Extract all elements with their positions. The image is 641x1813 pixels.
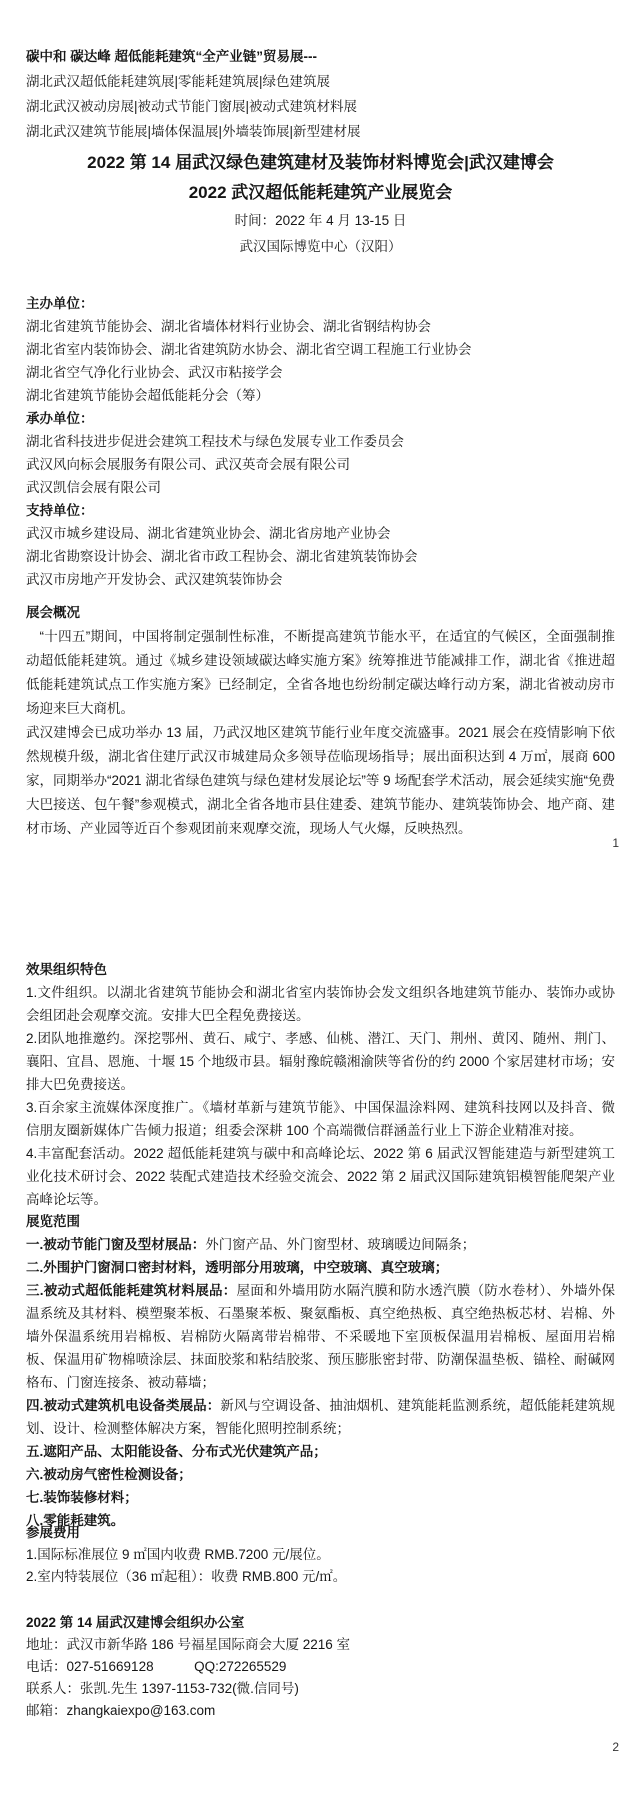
- scope-section: 展览范围 一.被动节能门窗及型材展品：外门窗产品、外门窗型材、玻璃暖边间隔条； …: [26, 1210, 615, 1532]
- main-title: 2022 第 14 届武汉绿色建筑建材及装饰材料博览会|武汉建博会: [26, 148, 615, 178]
- scope-item: 二.外围护门窗洞口密封材料，透明部分用玻璃，中空玻璃、真空玻璃；: [26, 1256, 615, 1279]
- host-line: 湖北省建筑节能协会、湖北省墙体材料行业协会、湖北省钢结构协会: [26, 315, 615, 338]
- header-line: 湖北武汉被动房展|被动式节能门窗展|被动式建筑材料展: [26, 94, 615, 119]
- scope-item-label: 七.装饰装修材料；: [26, 1490, 138, 1505]
- event-venue: 武汉国际博览中心（汉阳）: [26, 234, 615, 260]
- scope-item: 三.被动式超低能耗建筑材料展品：屋面和外墙用防水隔汽膜和防水透汽膜（防水卷材）、…: [26, 1279, 615, 1394]
- scope-item-label: 五.遮阳产品、太阳能设备、分布式光伏建筑产品；: [26, 1444, 327, 1459]
- tagline: 碳中和 碳达峰 超低能耗建筑“全产业链”贸易展---: [26, 44, 615, 69]
- fees-heading: 参展费用: [26, 1522, 615, 1544]
- scope-item-label: 三.被动式超低能耗建筑材料展品：: [26, 1283, 237, 1298]
- host-label: 主办单位：: [26, 292, 615, 315]
- page-number-1: 1: [612, 836, 619, 850]
- contact-phone: 电话：027-51669128 QQ:272265529: [26, 1656, 615, 1678]
- overview-paragraph-1: “十四五”期间，中国将制定强制性标准，不断提高建筑节能水平，在适宜的气候区，全面…: [26, 625, 615, 721]
- document-page: 碳中和 碳达峰 超低能耗建筑“全产业链”贸易展--- 湖北武汉超低能耗建筑展|零…: [0, 0, 641, 1813]
- scope-item: 一.被动节能门窗及型材展品：外门窗产品、外门窗型材、玻璃暖边间隔条；: [26, 1233, 615, 1256]
- event-time: 时间：2022 年 4 月 13-15 日: [26, 208, 615, 234]
- contact-heading: 2022 第 14 届武汉建博会组织办公室: [26, 1612, 615, 1634]
- contact-address: 地址：武汉市新华路 186 号福星国际商会大厦 2216 室: [26, 1634, 615, 1656]
- feature-item: 1.文件组织。以湖北省建筑节能协会和湖北省室内装饰协会发文组织各地建筑节能办、装…: [26, 981, 615, 1027]
- scope-item-label: 六.被动房气密性检测设备；: [26, 1467, 192, 1482]
- feature-item: 2.团队地推邀约。深挖鄂州、黄石、咸宁、孝感、仙桃、潜江、天门、荆州、黄冈、随州…: [26, 1027, 615, 1096]
- feature-item: 3.百余家主流媒体深度推广。《墙材革新与建筑节能》、中国保温涂料网、建筑科技网以…: [26, 1096, 615, 1142]
- overview-paragraph-2: 武汉建博会已成功举办 13 届，乃武汉地区建筑节能行业年度交流盛事。2021 展…: [26, 721, 615, 841]
- contact-person: 联系人：张凯.先生 1397-1153-732(微.信同号): [26, 1678, 615, 1700]
- supporter-line: 武汉市城乡建设局、湖北省建筑业协会、湖北省房地产业协会: [26, 522, 615, 545]
- supporter-line: 湖北省勘察设计协会、湖北省市政工程协会、湖北省建筑装饰协会: [26, 545, 615, 568]
- scope-item-text: 屋面和外墙用防水隔汽膜和防水透汽膜（防水卷材）、外墙外保温系统及其材料、模塑聚苯…: [26, 1283, 615, 1390]
- overview-heading: 展会概况: [26, 601, 615, 625]
- header-block: 碳中和 碳达峰 超低能耗建筑“全产业链”贸易展--- 湖北武汉超低能耗建筑展|零…: [26, 44, 615, 144]
- feature-item: 4.丰富配套活动。2022 超低能耗建筑与碳中和高峰论坛、2022 第 6 届武…: [26, 1142, 615, 1211]
- scope-item-label: 一.被动节能门窗及型材展品：: [26, 1237, 205, 1252]
- scope-item-label: 二.外围护门窗洞口密封材料，透明部分用玻璃，中空玻璃、真空玻璃；: [26, 1260, 448, 1275]
- undertaker-line: 武汉凯信会展有限公司: [26, 476, 615, 499]
- contact-section: 2022 第 14 届武汉建博会组织办公室 地址：武汉市新华路 186 号福星国…: [26, 1612, 615, 1722]
- title-block: 2022 第 14 届武汉绿色建筑建材及装饰材料博览会|武汉建博会 2022 武…: [26, 148, 615, 260]
- fee-item: 2.室内特装展位（36 ㎡起租）：收费 RMB.800 元/㎡。: [26, 1566, 615, 1588]
- scope-item: 四.被动式建筑机电设备类展品：新风与空调设备、抽油烟机、建筑能耗监测系统，超低能…: [26, 1394, 615, 1440]
- scope-item-label: 四.被动式建筑机电设备类展品：: [26, 1398, 220, 1413]
- features-section: 效果组织特色 1.文件组织。以湖北省建筑节能协会和湖北省室内装饰协会发文组织各地…: [26, 958, 615, 1211]
- scope-heading: 展览范围: [26, 1210, 615, 1233]
- sub-title: 2022 武汉超低能耗建筑产业展览会: [26, 178, 615, 208]
- fees-section: 参展费用 1.国际标准展位 9 ㎡国内收费 RMB.7200 元/展位。 2.室…: [26, 1522, 615, 1588]
- undertaker-label: 承办单位：: [26, 407, 615, 430]
- header-line: 湖北武汉建筑节能展|墙体保温展|外墙装饰展|新型建材展: [26, 119, 615, 144]
- overview-section: 展会概况 “十四五”期间，中国将制定强制性标准，不断提高建筑节能水平，在适宜的气…: [26, 601, 615, 841]
- undertaker-line: 武汉风向标会展服务有限公司、武汉英奇会展有限公司: [26, 453, 615, 476]
- host-line: 湖北省建筑节能协会超低能耗分会（筹）: [26, 384, 615, 407]
- supporter-line: 武汉市房地产开发协会、武汉建筑装饰协会: [26, 568, 615, 591]
- contact-email: 邮箱：zhangkaiexpo@163.com: [26, 1700, 615, 1722]
- header-line: 湖北武汉超低能耗建筑展|零能耗建筑展|绿色建筑展: [26, 69, 615, 94]
- host-line: 湖北省空气净化行业协会、武汉市粘接学会: [26, 361, 615, 384]
- scope-item: 七.装饰装修材料；: [26, 1486, 615, 1509]
- scope-item: 五.遮阳产品、太阳能设备、分布式光伏建筑产品；: [26, 1440, 615, 1463]
- scope-item: 六.被动房气密性检测设备；: [26, 1463, 615, 1486]
- supporter-label: 支持单位：: [26, 499, 615, 522]
- page-number-2: 2: [612, 1740, 619, 1754]
- features-heading: 效果组织特色: [26, 958, 615, 981]
- organizers-block: 主办单位： 湖北省建筑节能协会、湖北省墙体材料行业协会、湖北省钢结构协会 湖北省…: [26, 292, 615, 591]
- undertaker-line: 湖北省科技进步促进会建筑工程技术与绿色发展专业工作委员会: [26, 430, 615, 453]
- fee-item: 1.国际标准展位 9 ㎡国内收费 RMB.7200 元/展位。: [26, 1544, 615, 1566]
- host-line: 湖北省室内装饰协会、湖北省建筑防水协会、湖北省空调工程施工行业协会: [26, 338, 615, 361]
- scope-item-text: 外门窗产品、外门窗型材、玻璃暖边间隔条；: [205, 1237, 475, 1252]
